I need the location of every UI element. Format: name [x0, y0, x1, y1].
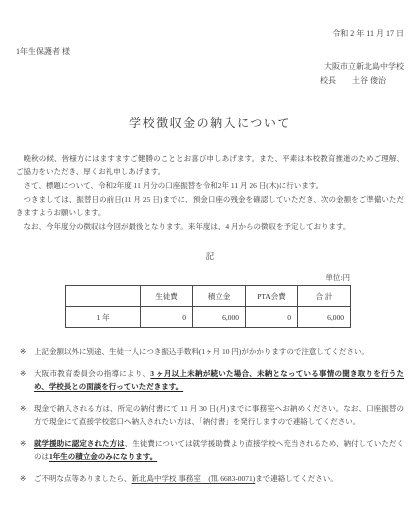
note-text-plain: 大阪市教育委員会の指導により、: [34, 369, 150, 378]
unit-label: 単位:円: [16, 272, 350, 283]
header-cell-student-fee: 生徒費: [141, 286, 193, 307]
paragraph-final-collection: なお、今年度分の徴収は今回が最後となります。来年度は、4 月からの徴収を予定して…: [16, 220, 404, 233]
principal-title: 校長: [320, 76, 336, 85]
note-unpaid-interview: ※ 大阪市教育委員会の指導により、3 ヶ月以上未納が続いた場合、未納となっている…: [20, 367, 404, 393]
note-text-plain: まで連絡してください。: [255, 474, 338, 483]
note-school-aid: ※ 就学援助に認定された方は、生徒費については就学援助費より直接学校へ充当される…: [20, 437, 404, 463]
document-title: 学校徴収金の納入について: [16, 114, 404, 131]
note-text-emphasis: 就学援助に認定された方は: [34, 439, 125, 448]
paragraph-balance-request: つきましては、振替日の前日(11 月 25 日)までに、預金口座の残金を確認して…: [16, 193, 404, 219]
note-text-emphasis: 1年生の積立金のみになります。: [49, 452, 157, 461]
fee-table-row-grade1: 1 年 0 6,000 0 6,000: [66, 307, 351, 328]
document-date: 令和 2 年 11 月 17 日: [16, 28, 404, 40]
recipient: 1年生保護者 様: [16, 46, 404, 58]
header-cell-pta-fee: PTA会費: [246, 286, 298, 307]
note-text: 現金で納入される方は、所定の納付書にて 11 月 30 日(月)までに事務室へお…: [34, 402, 404, 428]
cell-pta-fee: 0: [246, 307, 298, 328]
note-marker: ※: [20, 402, 34, 415]
note-contact: ※ ご不明な点等ありましたら、新北島中学校 事務室 (℡ 6683-0071)ま…: [20, 472, 404, 485]
header-cell-savings: 積立金: [193, 286, 246, 307]
fee-table: 生徒費 積立金 PTA会費 合 計 1 年 0 6,000 0 6,000: [65, 285, 351, 328]
cell-student-fee: 0: [141, 307, 193, 328]
note-text-plain: ご不明な点等ありましたら、: [34, 474, 132, 483]
fee-table-header-row: 生徒費 積立金 PTA会費 合 計: [66, 286, 351, 307]
document-page: 令和 2 年 11 月 17 日 1年生保護者 様 大阪市立新北島中学校 校長土…: [0, 0, 420, 528]
note-marker: ※: [20, 472, 34, 485]
school-name: 大阪市立新北島中学校: [16, 61, 404, 73]
contact-office-phone: 新北島中学校 事務室 (℡ 6683-0071): [132, 474, 256, 483]
note-text: 就学援助に認定された方は、生徒費については就学援助費より直接学校へ充当されるため…: [34, 437, 404, 463]
note-text: 上記金額以外に別途、生徒一人につき振込手数料(1ヶ月 10 円)がかかりますので…: [34, 345, 404, 358]
paragraph-transfer-date: さて、標題について、令和2年度 11 月分の口座振替を令和2年 11 月 26 …: [16, 179, 404, 192]
note-transfer-fee: ※ 上記金額以外に別途、生徒一人につき振込手数料(1ヶ月 10 円)がかかります…: [20, 345, 404, 358]
cell-total: 6,000: [298, 307, 351, 328]
note-text: 大阪市教育委員会の指導により、3 ヶ月以上未納が続いた場合、未納となっている事情…: [34, 367, 404, 393]
header-cell-blank: [66, 286, 141, 307]
cell-grade: 1 年: [66, 307, 141, 328]
principal-line: 校長土谷 俊治: [16, 75, 386, 87]
header-cell-total: 合 計: [298, 286, 351, 307]
note-marker: ※: [20, 437, 34, 450]
principal-name: 土谷 俊治: [352, 76, 386, 85]
cell-savings: 6,000: [193, 307, 246, 328]
note-marker: ※: [20, 367, 34, 380]
paragraph-greeting: 晩秋の候、皆様方にはますますご健勝のこととお喜び申しあげます。また、平素は本校教…: [16, 152, 404, 178]
notes-section: ※ 上記金額以外に別途、生徒一人につき振込手数料(1ヶ月 10 円)がかかります…: [20, 345, 404, 485]
note-cash-payment: ※ 現金で納入される方は、所定の納付書にて 11 月 30 日(月)までに事務室…: [20, 402, 404, 428]
note-text: ご不明な点等ありましたら、新北島中学校 事務室 (℡ 6683-0071)まで連…: [34, 472, 404, 485]
note-marker: ※: [20, 345, 34, 358]
record-heading: 記: [16, 250, 404, 263]
